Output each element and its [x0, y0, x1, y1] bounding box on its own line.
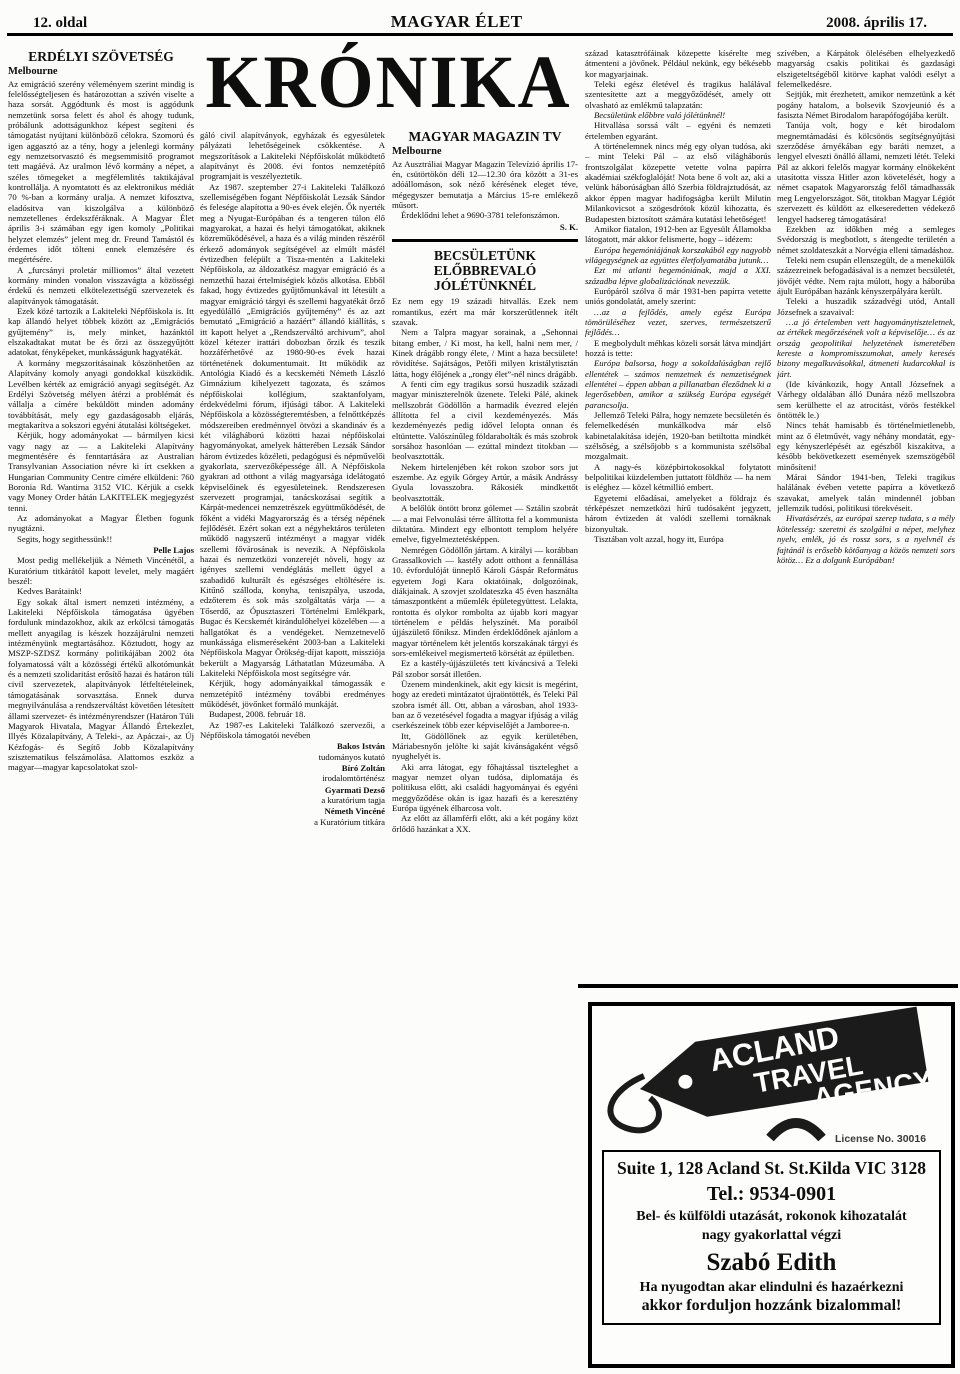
- paragraph: század katasztrófáinak közepette kísérel…: [585, 48, 771, 79]
- quote-paragraph: …az a fejlődés, amely egész Európa tömör…: [585, 307, 771, 338]
- signature: Bíró Zoltán: [200, 763, 385, 773]
- column-1: ERDÉLYI SZÖVETSÉGMelbourneAz emigráció s…: [8, 48, 194, 1370]
- paragraph: A történelemnek nincs még egy olyan tudó…: [585, 141, 771, 224]
- tag-license-number: License No. 30016: [835, 1133, 926, 1145]
- paragraph: Aki arra látogat, egy főhajtással tiszte…: [392, 762, 578, 814]
- paragraph: Az 1987. szeptember 27-i Lakiteleki Talá…: [200, 182, 385, 679]
- paragraph: Az előtt az államférfi előtt, aki a két …: [392, 813, 578, 834]
- article-title: MAGYAR MAGAZIN TV: [392, 129, 578, 145]
- ad-address: Suite 1, 128 Acland St. St.Kilda VIC 312…: [608, 1158, 935, 1179]
- page-header: 12. oldal MAGYAR ÉLET 2008. április 17.: [7, 6, 953, 32]
- paragraph: Márai Sándor 1941-ben, Teleki tragikus h…: [777, 472, 955, 513]
- paragraph: Jellemző Teleki Pálra, hogy nemzete becs…: [585, 410, 771, 462]
- paragraph: A nagy-és középbirtokosokkal folytatott …: [585, 462, 771, 493]
- paragraph: Kérjük, hogy adományokat — bármilyen kic…: [8, 430, 194, 513]
- luggage-tag-illustration: ACLAND TRAVEL AGENCY License No. 30016: [592, 1006, 951, 1148]
- issue-date: 2008. április 17.: [826, 15, 927, 32]
- signature-role: irodalomtörténész: [200, 773, 385, 783]
- paragraph: Tisztában volt azzal, hogy itt, Európa: [585, 534, 771, 544]
- article-title: ERDÉLYI SZÖVETSÉG: [8, 49, 194, 65]
- paragraph: Érdeklődni lehet a 9690-3781 telefonszám…: [392, 210, 578, 220]
- paragraph: Egy sokak által ismert nemzeti intézmény…: [8, 597, 194, 773]
- paragraph: Teleki egész életével és tragikus halálá…: [585, 79, 771, 110]
- paragraph: Amikor fiatalon, 1912-ben az Egyesült Ál…: [585, 224, 771, 245]
- paragraph: Az adományokat a Magyar Életben fogunk n…: [8, 513, 194, 534]
- quote-paragraph: Hivatásérzés, az európai szerep tudata, …: [777, 513, 955, 565]
- header-rule: [7, 33, 953, 36]
- signature-role: a Kuratórium titkára: [200, 817, 385, 827]
- paragraph: Segits, hogy segithessünk!!: [8, 534, 194, 544]
- paragraph: A belőlük öntött bronz gólemet — Sztálin…: [392, 503, 578, 544]
- section-title: BECSÜLETÜNK ELŐBBREVALÓ JÓLÉTÜNKNÉL: [392, 248, 578, 293]
- paragraph: Nincs tehát hamisabb és történelmietlene…: [777, 420, 955, 472]
- signature: Gyarmati Dezső: [200, 785, 385, 795]
- paragraph: gáló civil alapítványok, egyházak és egy…: [200, 130, 385, 182]
- acland-travel-tag-image: ACLAND TRAVEL AGENCY License No. 30016: [592, 1006, 951, 1148]
- paragraph: Nemrégen Gödöllőn jártam. A királyi — ko…: [392, 545, 578, 659]
- paragraph: Tanúja volt, hogy e két birodalom megnem…: [777, 120, 955, 223]
- paragraph: A „furcsányi proletár milliomos” által v…: [8, 265, 194, 306]
- paragraph: Most pedig mellékeljük a Németh Vincénét…: [8, 555, 194, 586]
- ad-slogan-line-1: Ha nyugodtan akar elindulni és hazaérkez…: [608, 1280, 935, 1296]
- signature: S. K.: [392, 222, 578, 232]
- ad-divider-rule: [578, 984, 958, 988]
- article-location: Melbourne: [392, 146, 578, 158]
- paragraph: Egyetemi előadásai, amelyeket a földrajz…: [585, 493, 771, 534]
- signature-role: a kuratórium tagja: [200, 795, 385, 805]
- newspaper-title: MAGYAR ÉLET: [391, 12, 523, 32]
- quote-paragraph: Európa balsorsa, hogy a sokoldalúságban …: [585, 358, 771, 410]
- column-5: szívében, a Kárpátok ölelésében elhelyez…: [777, 48, 955, 980]
- paragraph: A kormány megszoritásainak köszönhetően …: [8, 358, 194, 430]
- paragraph: (Ide kívánkozik, hogy Antall Józsefnek a…: [777, 379, 955, 420]
- paragraph: szívében, a Kárpátok ölelésében elhelyez…: [777, 48, 955, 89]
- quote-paragraph: Becsületünk előbbre való jólétünknél!: [585, 110, 771, 120]
- section-divider-rule: [392, 239, 578, 242]
- article-location: Melbourne: [8, 66, 194, 78]
- paragraph: Teleki nem csupán ellenszegült, de a men…: [777, 255, 955, 296]
- section-masthead-title: KRÓNIKA: [199, 38, 578, 125]
- paragraph: Itt, Gödöllőnek az egyik kerületében, Má…: [392, 731, 578, 762]
- signature: Németh Vincéné: [200, 806, 385, 816]
- paragraph: Ezekben az időkben még a semleges Svédor…: [777, 224, 955, 255]
- ad-services-line-2: nagy gyakorlattal végzi: [608, 1228, 935, 1244]
- column-4: század katasztrófáinak közepette kísérel…: [585, 48, 771, 980]
- paragraph: Az 1987-es Lakiteleki Találkozó szervező…: [200, 720, 385, 741]
- ad-agent-name: Szabó Edith: [608, 1249, 935, 1277]
- column-3: MAGYAR MAGAZIN TVMelbourneAz Ausztráliai…: [392, 128, 578, 1372]
- paragraph: Kedves Barátaink!: [8, 586, 194, 596]
- paragraph: Nekem hirtelenjében két rokon szobor sor…: [392, 462, 578, 503]
- paragraph: Nem a Talpra magyar sorainak, a „Sehonna…: [392, 327, 578, 379]
- quote-paragraph: Ezt mi atlanti hegemóniának, majd a XXI.…: [585, 265, 771, 286]
- signature: Pelle Lajos: [8, 545, 194, 555]
- quote-paragraph: …a jó értelemben vett hagyománytisztelet…: [777, 317, 955, 379]
- newspaper-page: 12. oldal MAGYAR ÉLET 2008. április 17. …: [0, 0, 960, 1374]
- page-number: 12. oldal: [33, 15, 87, 32]
- paragraph: Teleki a huszadik századvégi utód, Antal…: [777, 296, 955, 317]
- travel-agency-ad: ACLAND TRAVEL AGENCY License No. 30016 S…: [588, 1002, 955, 1368]
- paragraph: Hitvallása sorssá vált – egyéni és nemze…: [585, 120, 771, 141]
- ad-slogan-line-2: akkor forduljon hozzánk bizalommal!: [608, 1297, 935, 1315]
- paragraph: Az emigráció szerény véleményem szerint …: [8, 79, 194, 265]
- column-2: gáló civil alapítványok, egyházak és egy…: [200, 130, 385, 1370]
- paragraph: A fenti cím egy tragikus sorsú huszadik …: [392, 379, 578, 462]
- ad-phone: Tel.: 9534-0901: [608, 1183, 935, 1206]
- paragraph: Budapest, 2008. február 18.: [200, 709, 385, 719]
- ad-text-box: Suite 1, 128 Acland St. St.Kilda VIC 312…: [602, 1150, 941, 1325]
- paragraph: Sejtjük, mit érezhetett, amikor nemzetün…: [777, 89, 955, 120]
- paragraph: Ez a kastély-újjászületés tett kíváncsiv…: [392, 658, 578, 679]
- ad-services-line-1: Bel- és külföldi utazását, rokonok kihoz…: [608, 1209, 935, 1225]
- paragraph: Az Ausztráliai Magyar Magazin Televízió …: [392, 159, 578, 211]
- signature: Bakos István: [200, 741, 385, 751]
- paragraph: Európáról szólva ő már 1931-ben papírra …: [585, 286, 771, 307]
- signature-role: tudományos kutató: [200, 752, 385, 762]
- paragraph: Kérjük, hogy adományaikkal támogassák e …: [200, 678, 385, 709]
- quote-paragraph: Európa hegemóniájának korszakából egy na…: [585, 245, 771, 266]
- paragraph: Üzenem mindenkinek, akit egy kicsit is m…: [392, 679, 578, 731]
- paragraph: Ez nem egy 19 századi hitvallás. Ezek ne…: [392, 296, 578, 327]
- paragraph: Ezek közé tartozik a Lakiteleki Népfőisk…: [8, 306, 194, 358]
- paragraph: E megbolydult méhkas közeli sorsát látva…: [585, 338, 771, 359]
